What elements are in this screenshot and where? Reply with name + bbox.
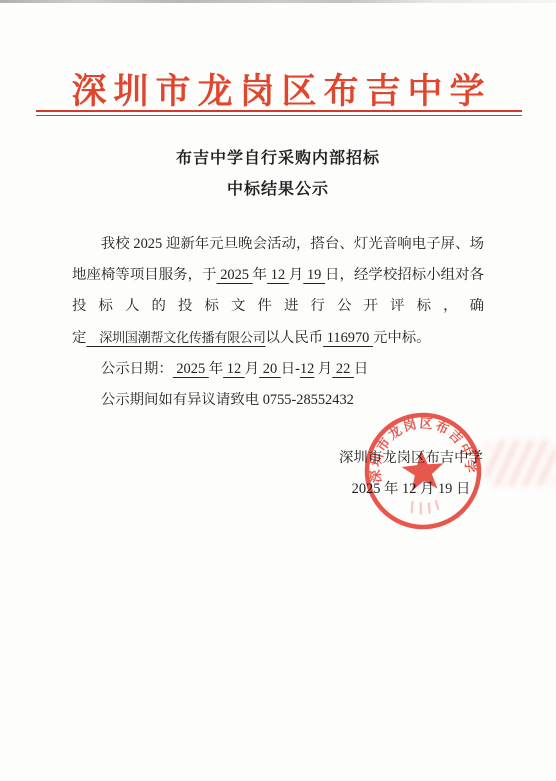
seal-ink-smudge (486, 440, 556, 486)
official-seal: 深圳市龙岗区布吉中学 (355, 403, 492, 540)
school-header: 深圳市龙岗区布吉中学 (0, 64, 556, 114)
doc-title-line2: 中标结果公示 (0, 176, 556, 199)
doc-title-line1: 布吉中学自行采购内部招标 (0, 145, 556, 168)
seal-ink-marks (411, 499, 439, 515)
seal-graphic: 深圳市龙岗区布吉中学 (355, 403, 492, 540)
body-text: 我校 2025 迎新年元旦晚会活动，搭台、灯光音响电子屏、场地座椅等项目服务，于… (72, 229, 484, 416)
document-page: 深圳市龙岗区布吉中学 布吉中学自行采购内部招标 中标结果公示 我校 2025 迎… (0, 0, 556, 781)
publicity-date-line: 公示日期： 2025 年 12 月 20 日-12 月 22 日 (72, 354, 484, 385)
scan-edge-artifact (0, 0, 556, 3)
star-icon (400, 448, 445, 491)
main-paragraph: 我校 2025 迎新年元旦晚会活动，搭台、灯光音响电子屏、场地座椅等项目服务，于… (72, 229, 484, 354)
header-divider (36, 110, 522, 116)
